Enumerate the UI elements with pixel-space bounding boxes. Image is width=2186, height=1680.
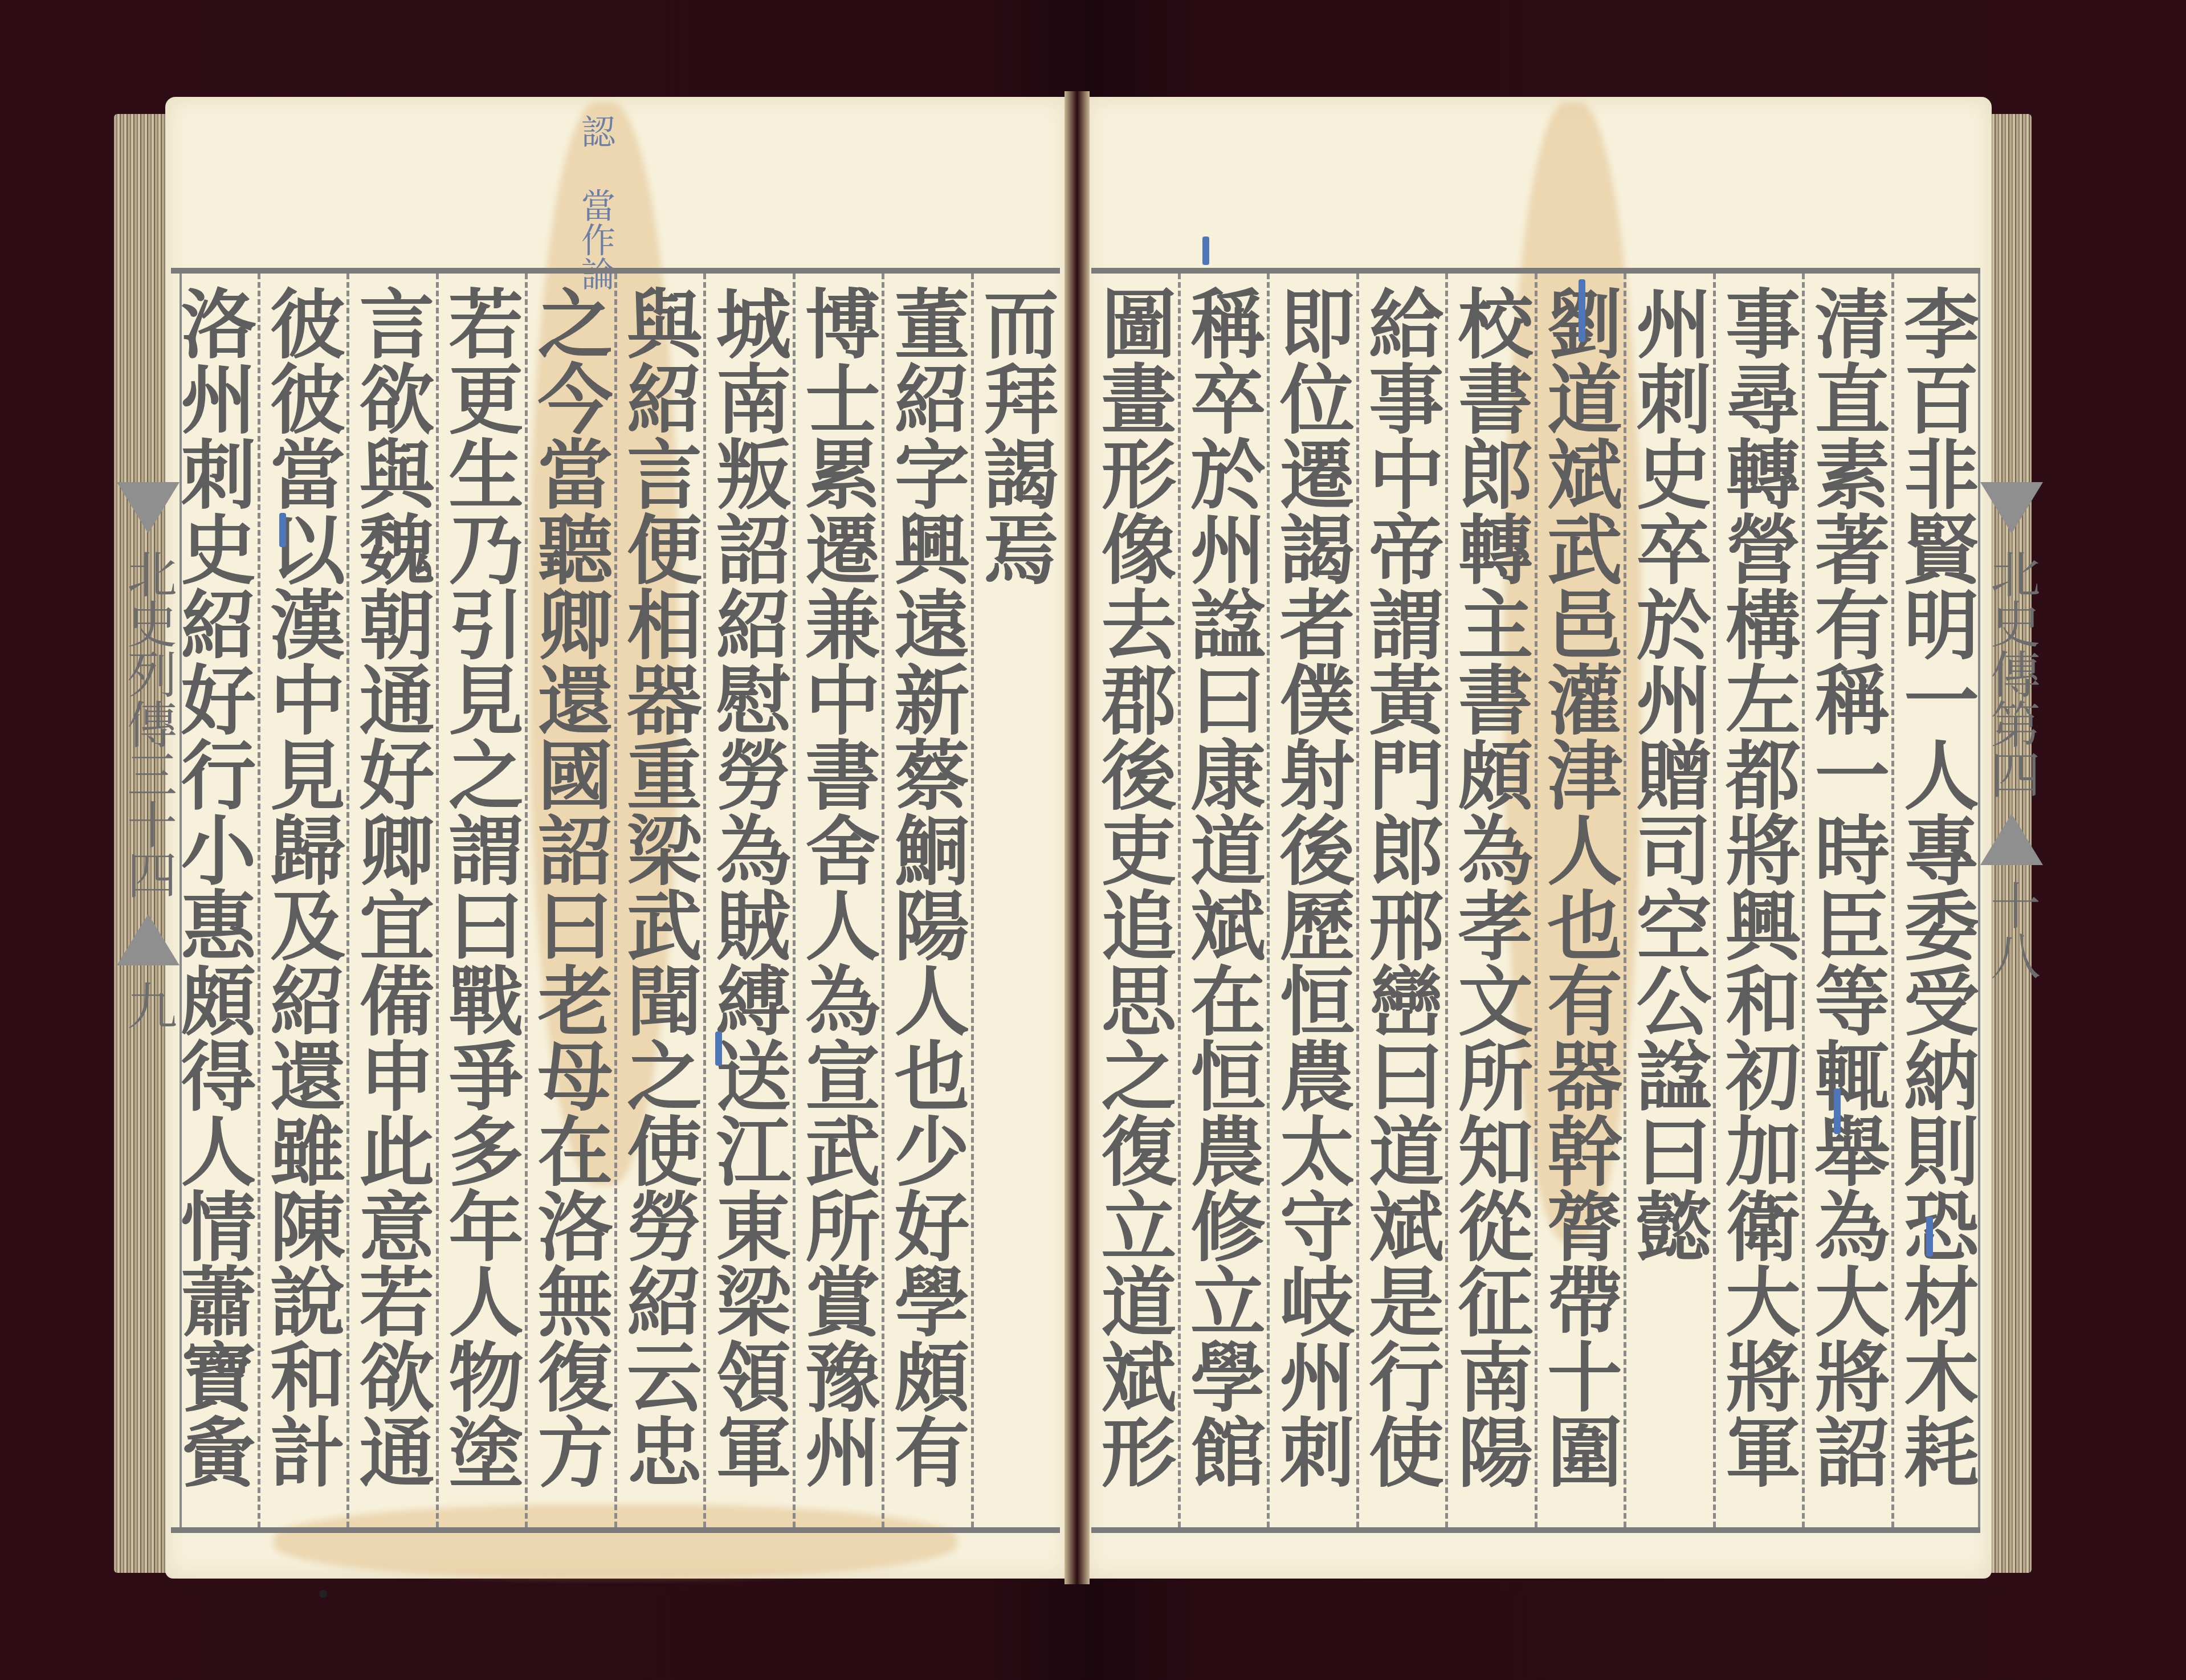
right-block-heart-title: 北史傳第四 <box>1983 548 2040 799</box>
text-column: 之今當聽卿還國詔曰老母在洛無復方寸既本恩貸 <box>525 274 614 1527</box>
text-column: 圖畫形像去郡後吏追思之復立道斌形於孔像之西 <box>1091 274 1178 1527</box>
left-page-text-block: 北史列傳三十四 九 而拜謁焉 董紹字興遠新蔡鮦陽人也少好學頗有文義起家四門 博士… <box>171 268 1060 1533</box>
text-column: 若更生乃引見之謂曰戰爭多年人物塗炭是以不恥先 <box>436 274 525 1527</box>
right-columns: 李百非賢明一人專委受納則恐材木耗損有關經構 清直素著有稱一時臣等輒舉為大將詔從之… <box>1091 274 1980 1527</box>
text-column: 而拜謁焉 <box>971 274 1061 1527</box>
book-gutter <box>1065 91 1090 1584</box>
margin-annotation: 認 當作論 <box>576 114 615 291</box>
text-column: 與紹言便相器重梁武聞之使勞紹云忠臣孝子不可無 <box>614 274 704 1527</box>
text-column: 博士累遷兼中書舍人為宣武所賞豫州城人白早生以 <box>793 274 882 1527</box>
text-column: 城南叛詔紹慰勞為賊縛送江東梁領軍呂僧珍覽 <box>703 274 793 1527</box>
text-column: 即位遷謁者僕射後歷恒農太守岐州刺史所在有清貞 <box>1267 274 1356 1527</box>
text-column: 給事中帝謂黃門郎邢巒曰道斌是行使異儕流矣宣武 <box>1356 274 1446 1527</box>
text-column: 稱卒於州諡曰康道斌在恒農修立學館建孔子廟堂 <box>1178 274 1267 1527</box>
fishtail-mark-icon <box>117 914 180 965</box>
blue-ink-mark <box>1834 1088 1841 1134</box>
text-column: 彼彼當以漢中見歸及紹還雖陳說和計朝廷不許後除 <box>258 274 347 1527</box>
blue-ink-mark <box>715 1031 722 1066</box>
left-columns: 而拜謁焉 董紹字興遠新蔡鮦陽人也少好學頗有文義起家四門 博士累遷兼中書舍人為宣武… <box>171 274 1060 1527</box>
text-column: 洛州刺史紹好行小惠頗得人情蕭寶夤反於長安紹上 <box>171 274 258 1527</box>
text-column: 李百非賢明一人專委受納則恐材木耗損有關經構 <box>1891 274 1981 1527</box>
text-column: 言欲與魏朝通好卿宜備申此意若欲通好今以宿豫還 <box>346 274 436 1527</box>
text-column: 董紹字興遠新蔡鮦陽人也少好學頗有文義起家四門 <box>882 274 971 1527</box>
right-block-heart: 北史傳第四 十八 <box>1978 274 2043 1527</box>
left-block-heart-title: 北史列傳三十四 <box>120 548 177 899</box>
text-column: 事尋轉營構左都將興和初加衛大將軍宮殿成除東徐 <box>1713 274 1802 1527</box>
blue-ink-mark <box>1579 279 1585 342</box>
left-leaf-number: 九 <box>120 980 177 1030</box>
blue-ink-mark <box>1202 236 1209 265</box>
fishtail-mark-icon <box>1980 482 2043 533</box>
fishtail-mark-icon <box>117 482 180 533</box>
text-column: 清直素著有稱一時臣等輒舉為大將詔從之孀勤於其 <box>1802 274 1891 1527</box>
blue-ink-mark <box>1926 1217 1933 1257</box>
text-column: 劉道斌武邑灌津人也有器幹膂帶十圍鬚髯甚美初拜 <box>1535 274 1624 1527</box>
ink-speck <box>319 1590 327 1598</box>
fishtail-mark-icon <box>1980 814 2043 865</box>
text-column: 校書郎轉主書頗為孝文所知從征南陽還加積射將軍 <box>1445 274 1535 1527</box>
right-page-text-block: 北史傳第四 十八 李百非賢明一人專委受納則恐材木耗損有關經構 清直素著有稱一時臣… <box>1091 268 1980 1533</box>
text-column: 州刺史卒於州贈司空公諡曰懿 <box>1624 274 1713 1527</box>
blue-ink-mark <box>279 513 286 547</box>
right-leaf-number: 十八 <box>1983 880 2040 980</box>
